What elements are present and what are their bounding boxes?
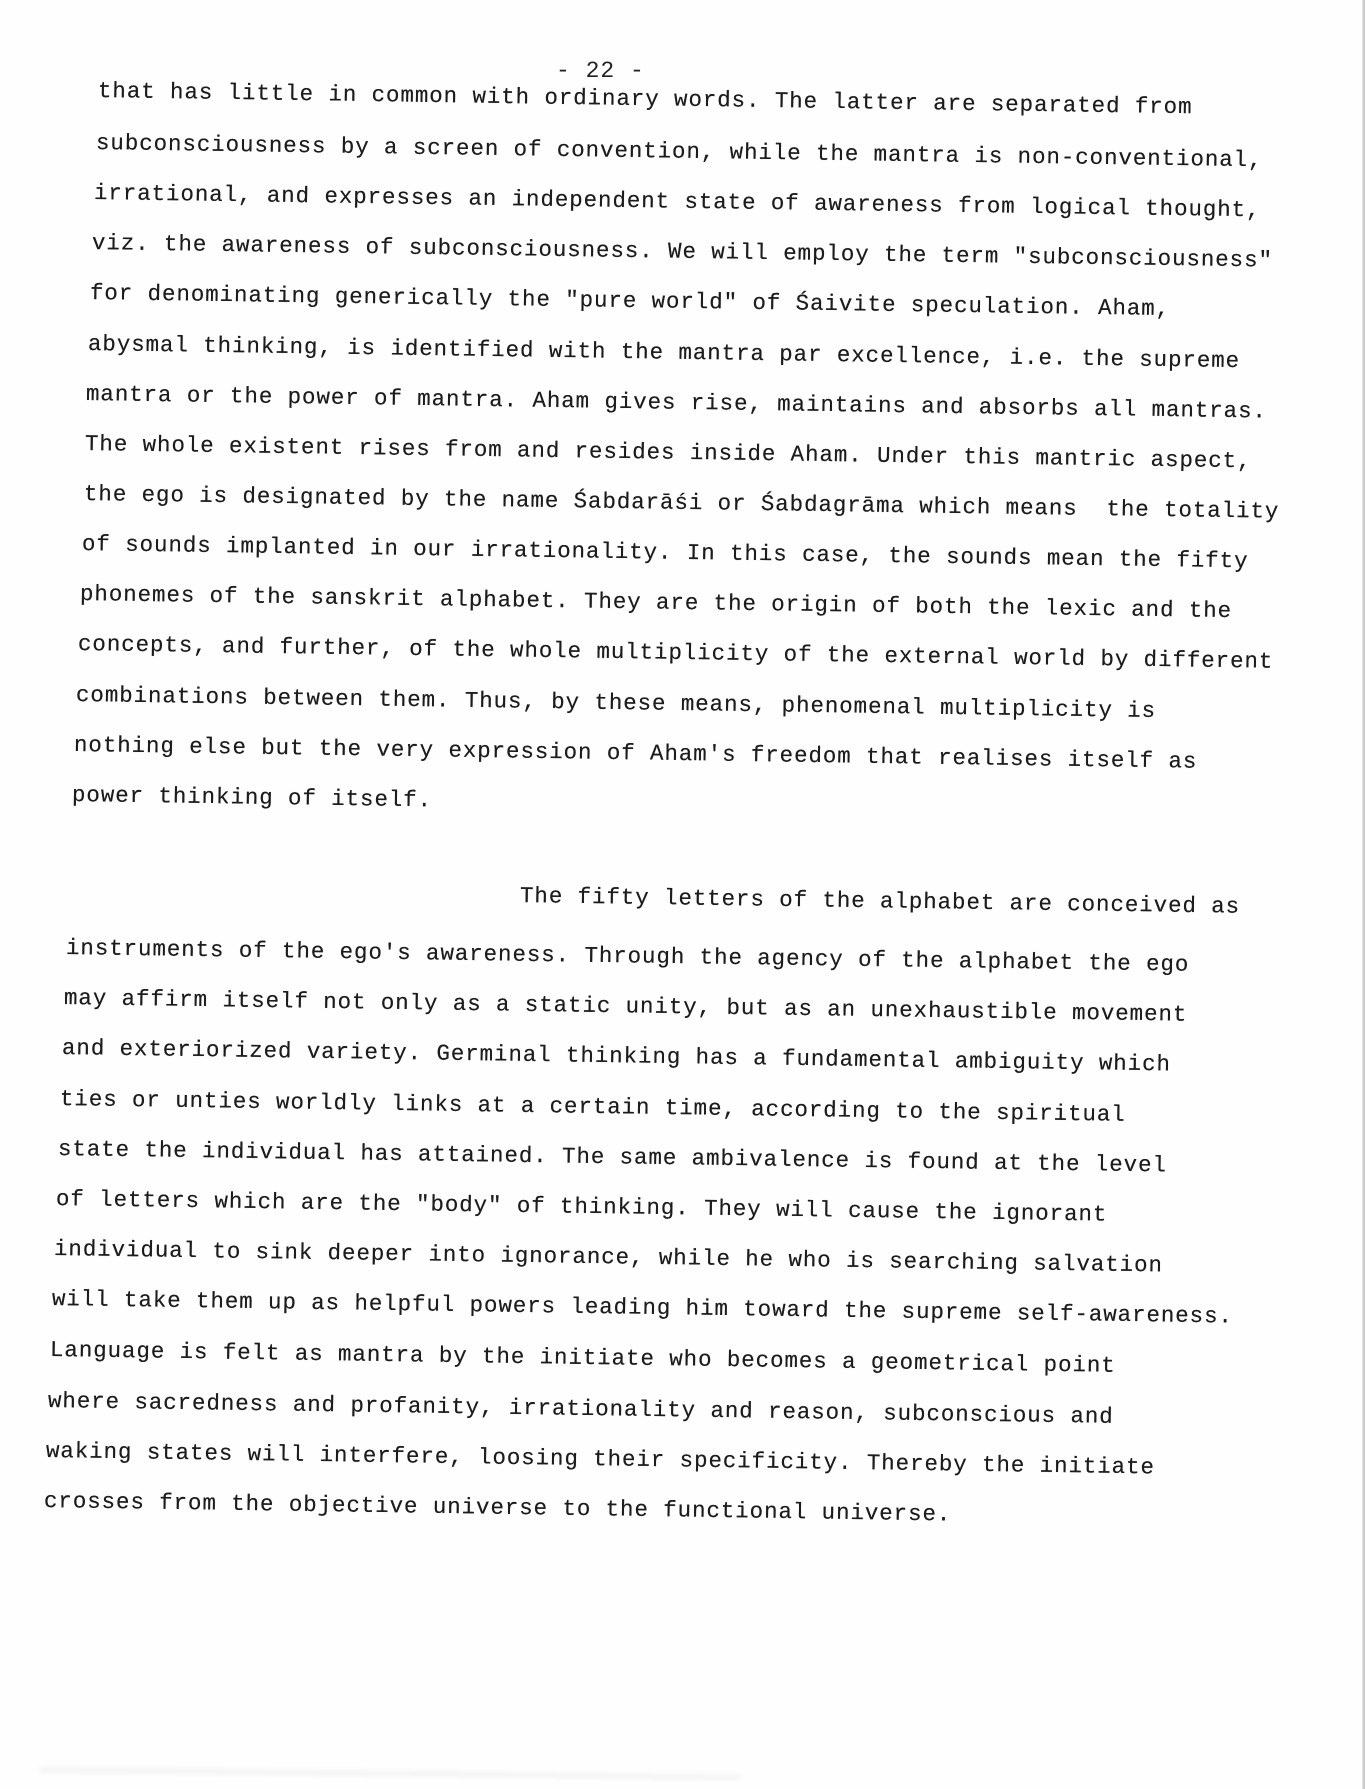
text-line: concepts, and further, of the whole mult… bbox=[78, 631, 1274, 675]
text-line: power thinking of itself. bbox=[72, 782, 432, 813]
text-line: phonemes of the sanskrit alphabet. They … bbox=[80, 581, 1232, 624]
text-line: mantra or the power of mantra. Aham give… bbox=[86, 381, 1267, 425]
text-line: The whole existent rises from and reside… bbox=[85, 431, 1252, 474]
text-line: may affirm itself not only as a static u… bbox=[64, 985, 1188, 1028]
text-line: irrational, and expresses an independent… bbox=[94, 180, 1261, 223]
text-line: subconsciousness by a screen of conventi… bbox=[96, 130, 1263, 173]
text-line: where sacredness and profanity, irration… bbox=[48, 1388, 1114, 1430]
text-line: will take them up as helpful powers lead… bbox=[52, 1286, 1233, 1330]
text-line: instruments of the ego's awareness. Thro… bbox=[66, 935, 1190, 978]
text-line: that has little in common with ordinary … bbox=[98, 78, 1193, 120]
text-line: abysmal thinking, is identified with the… bbox=[88, 331, 1240, 374]
text-line: of sounds implanted in our irrationality… bbox=[82, 531, 1249, 574]
text-line: the ego is designated by the name Śabdar… bbox=[84, 481, 1280, 525]
text-line: for denominating generically the "pure w… bbox=[90, 280, 1170, 322]
text-line: waking states will interfere, loosing th… bbox=[46, 1438, 1155, 1480]
text-line: The fifty letters of the alphabet are co… bbox=[520, 883, 1240, 920]
text-line: of letters which are the "body" of think… bbox=[56, 1186, 1108, 1228]
text-line: state the individual has attained. The s… bbox=[58, 1136, 1167, 1178]
page-bottom-shadow bbox=[40, 1764, 740, 1779]
text-line: Language is felt as mantra by the initia… bbox=[50, 1337, 1116, 1379]
text-line: ties or unties worldly links at a certai… bbox=[60, 1086, 1126, 1128]
text-line: viz. the awareness of subconsciousness. … bbox=[92, 230, 1273, 274]
text-line: individual to sink deeper into ignorance… bbox=[54, 1236, 1163, 1278]
scanned-page: - 22 - that has little in common with or… bbox=[0, 0, 1365, 1789]
text-line: and exteriorized variety. Germinal think… bbox=[62, 1035, 1171, 1077]
page-number: - 22 - bbox=[556, 58, 645, 84]
text-line: crosses from the objective universe to t… bbox=[44, 1488, 952, 1527]
text-line: nothing else but the very expression of … bbox=[74, 732, 1198, 775]
text-line: combinations between them. Thus, by thes… bbox=[76, 682, 1156, 724]
